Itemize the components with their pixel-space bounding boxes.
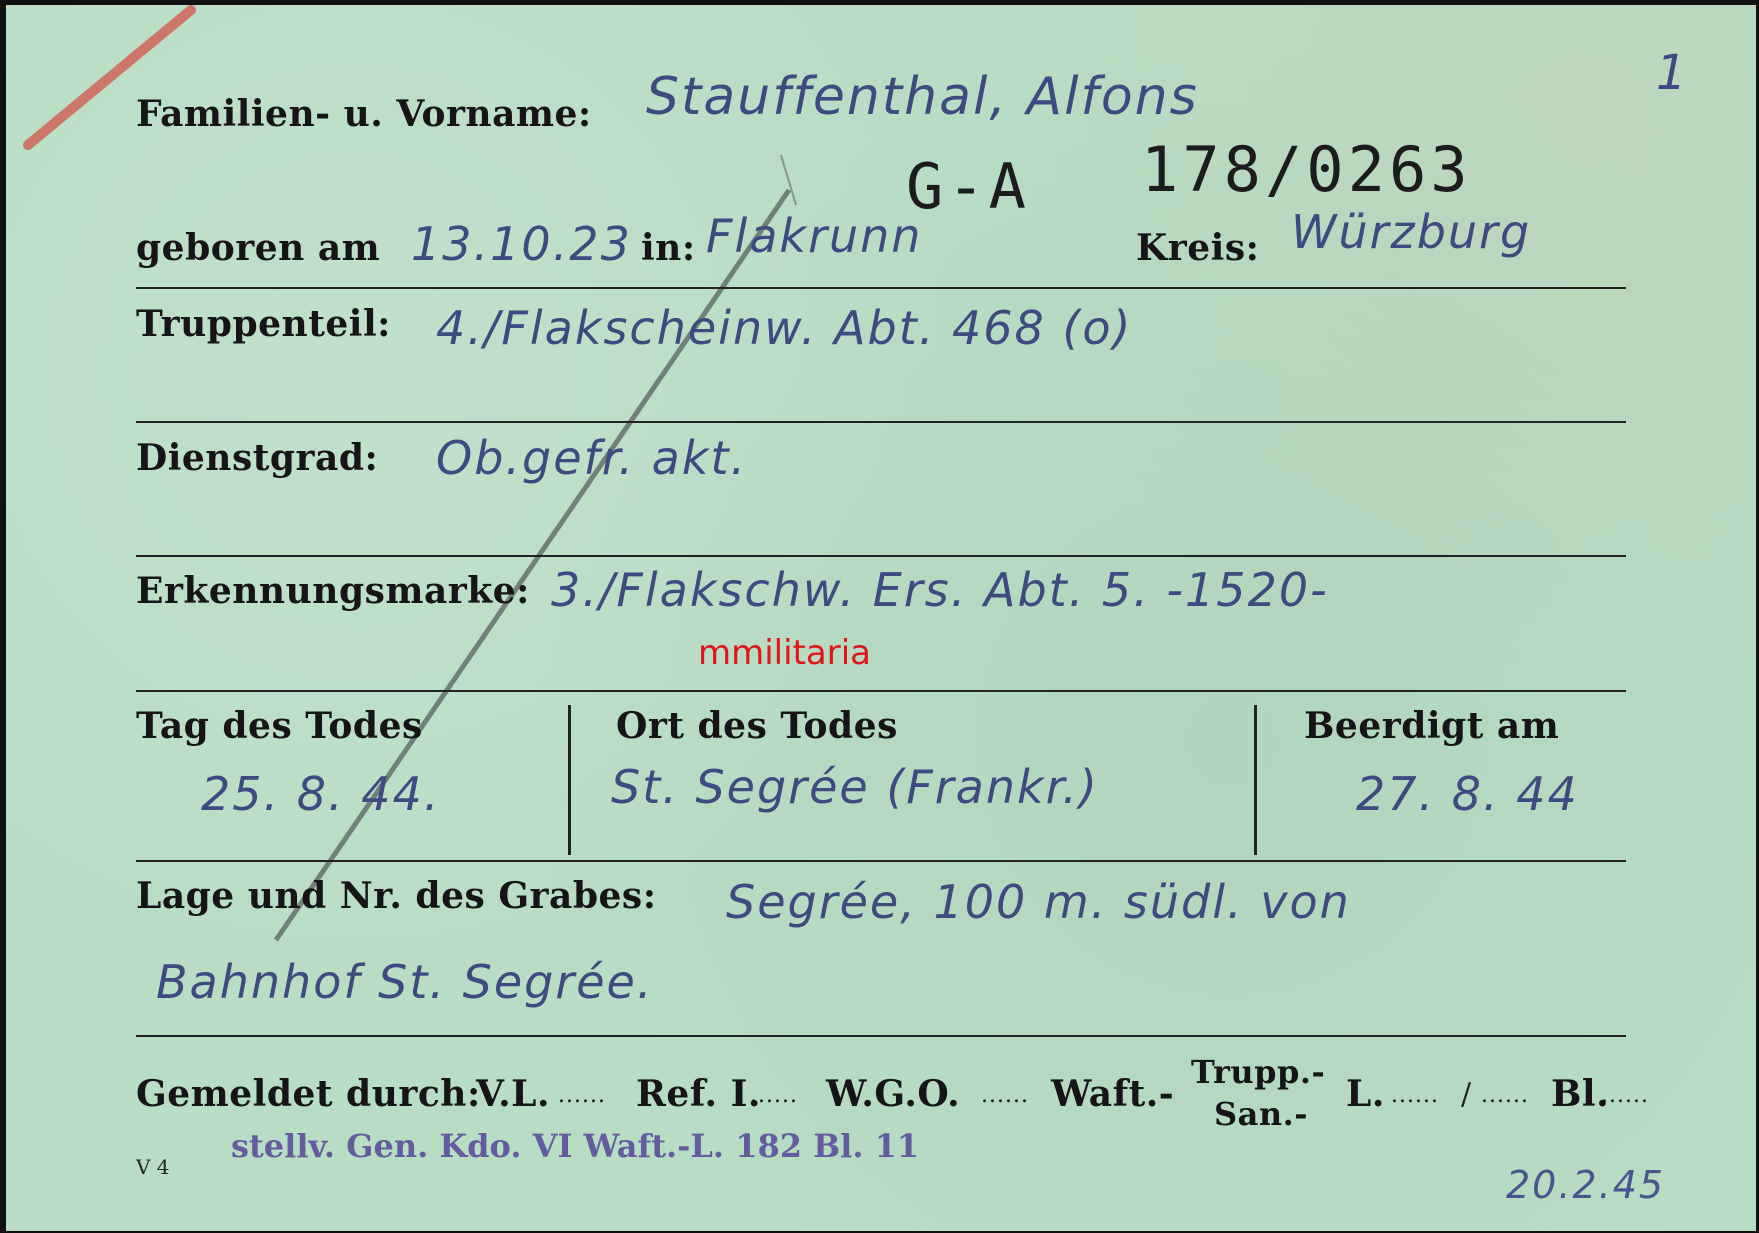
death-record-card: 1 Familien- u. Vorname: Stauffenthal, Al… [6,5,1756,1231]
value-district: Würzburg [1291,205,1531,259]
column-divider [1254,705,1257,855]
value-grave-line1: Segrée, 100 m. südl. von [726,875,1351,929]
divider [136,1035,1626,1037]
dots: ...... [1601,1083,1649,1108]
value-burial-date: 27. 8. 44 [1356,767,1579,821]
divider [136,690,1626,692]
option-wgo: W.G.O. [826,1073,960,1115]
option-waft: Waft.- [1051,1073,1174,1115]
pencil-strike-line [6,5,1756,1231]
divider [136,287,1626,289]
value-grave-line2: Bahnhof St. Segrée. [156,955,653,1009]
value-born-in: Flakrunn [706,209,922,263]
label-reported-by: Gemeldet durch: [136,1073,481,1115]
label-district: Kreis: [1136,227,1259,269]
corner-number: 1 [1656,45,1689,101]
watermark: mmilitaria [698,633,871,673]
dots: ...... [981,1083,1029,1108]
label-id-tag: Erkennungsmarke: [136,570,530,612]
option-vl: V.L. [476,1073,550,1115]
option-ref: Ref. I. [636,1073,761,1115]
label-born-in: in: [641,227,696,269]
value-death-place: St. Segrée (Frankr.) [611,760,1099,814]
divider [136,555,1626,557]
label-born: geboren am [136,227,380,269]
slash: / [1461,1077,1471,1112]
value-id-tag: 3./Flakschw. Ers. Abt. 5. -1520- [551,563,1329,617]
label-name: Familien- u. Vorname: [136,93,592,135]
office-stamp: stellv. Gen. Kdo. VI Waft.-L. 182 Bl. 11 [231,1127,919,1165]
dots: ...... [750,1083,798,1108]
reported-by-row: Gemeldet durch: [136,1073,481,1115]
dots: ...... [1391,1083,1439,1108]
divider [136,860,1626,862]
label-unit: Truppenteil: [136,303,391,345]
label-burial-date: Beerdigt am [1304,705,1559,747]
form-code: V 4 [136,1155,170,1179]
value-born: 13.10.23 [411,217,632,271]
option-san: San.- [1214,1095,1308,1133]
value-name: Stauffenthal, Alfons [646,67,1199,127]
column-divider [568,705,571,855]
value-death-date: 25. 8. 44. [201,767,440,821]
dots: ...... [558,1083,606,1108]
divider [136,421,1626,423]
label-rank: Dienstgrad: [136,437,378,479]
value-unit: 4./Flakscheinw. Abt. 468 (o) [436,301,1132,355]
date-note: 20.2.45 [1506,1163,1665,1207]
label-grave: Lage und Nr. des Grabes: [136,875,656,917]
value-rank: Ob.gefr. akt. [436,431,747,485]
file-prefix: G-A [906,150,1030,223]
dots: ...... [1481,1083,1529,1108]
file-number: 178/0263 [1141,133,1472,206]
label-death-place: Ort des Todes [616,705,898,747]
option-l: L. [1346,1073,1385,1115]
label-death-date: Tag des Todes [136,705,423,747]
option-trupp: Trupp.- [1191,1053,1325,1091]
